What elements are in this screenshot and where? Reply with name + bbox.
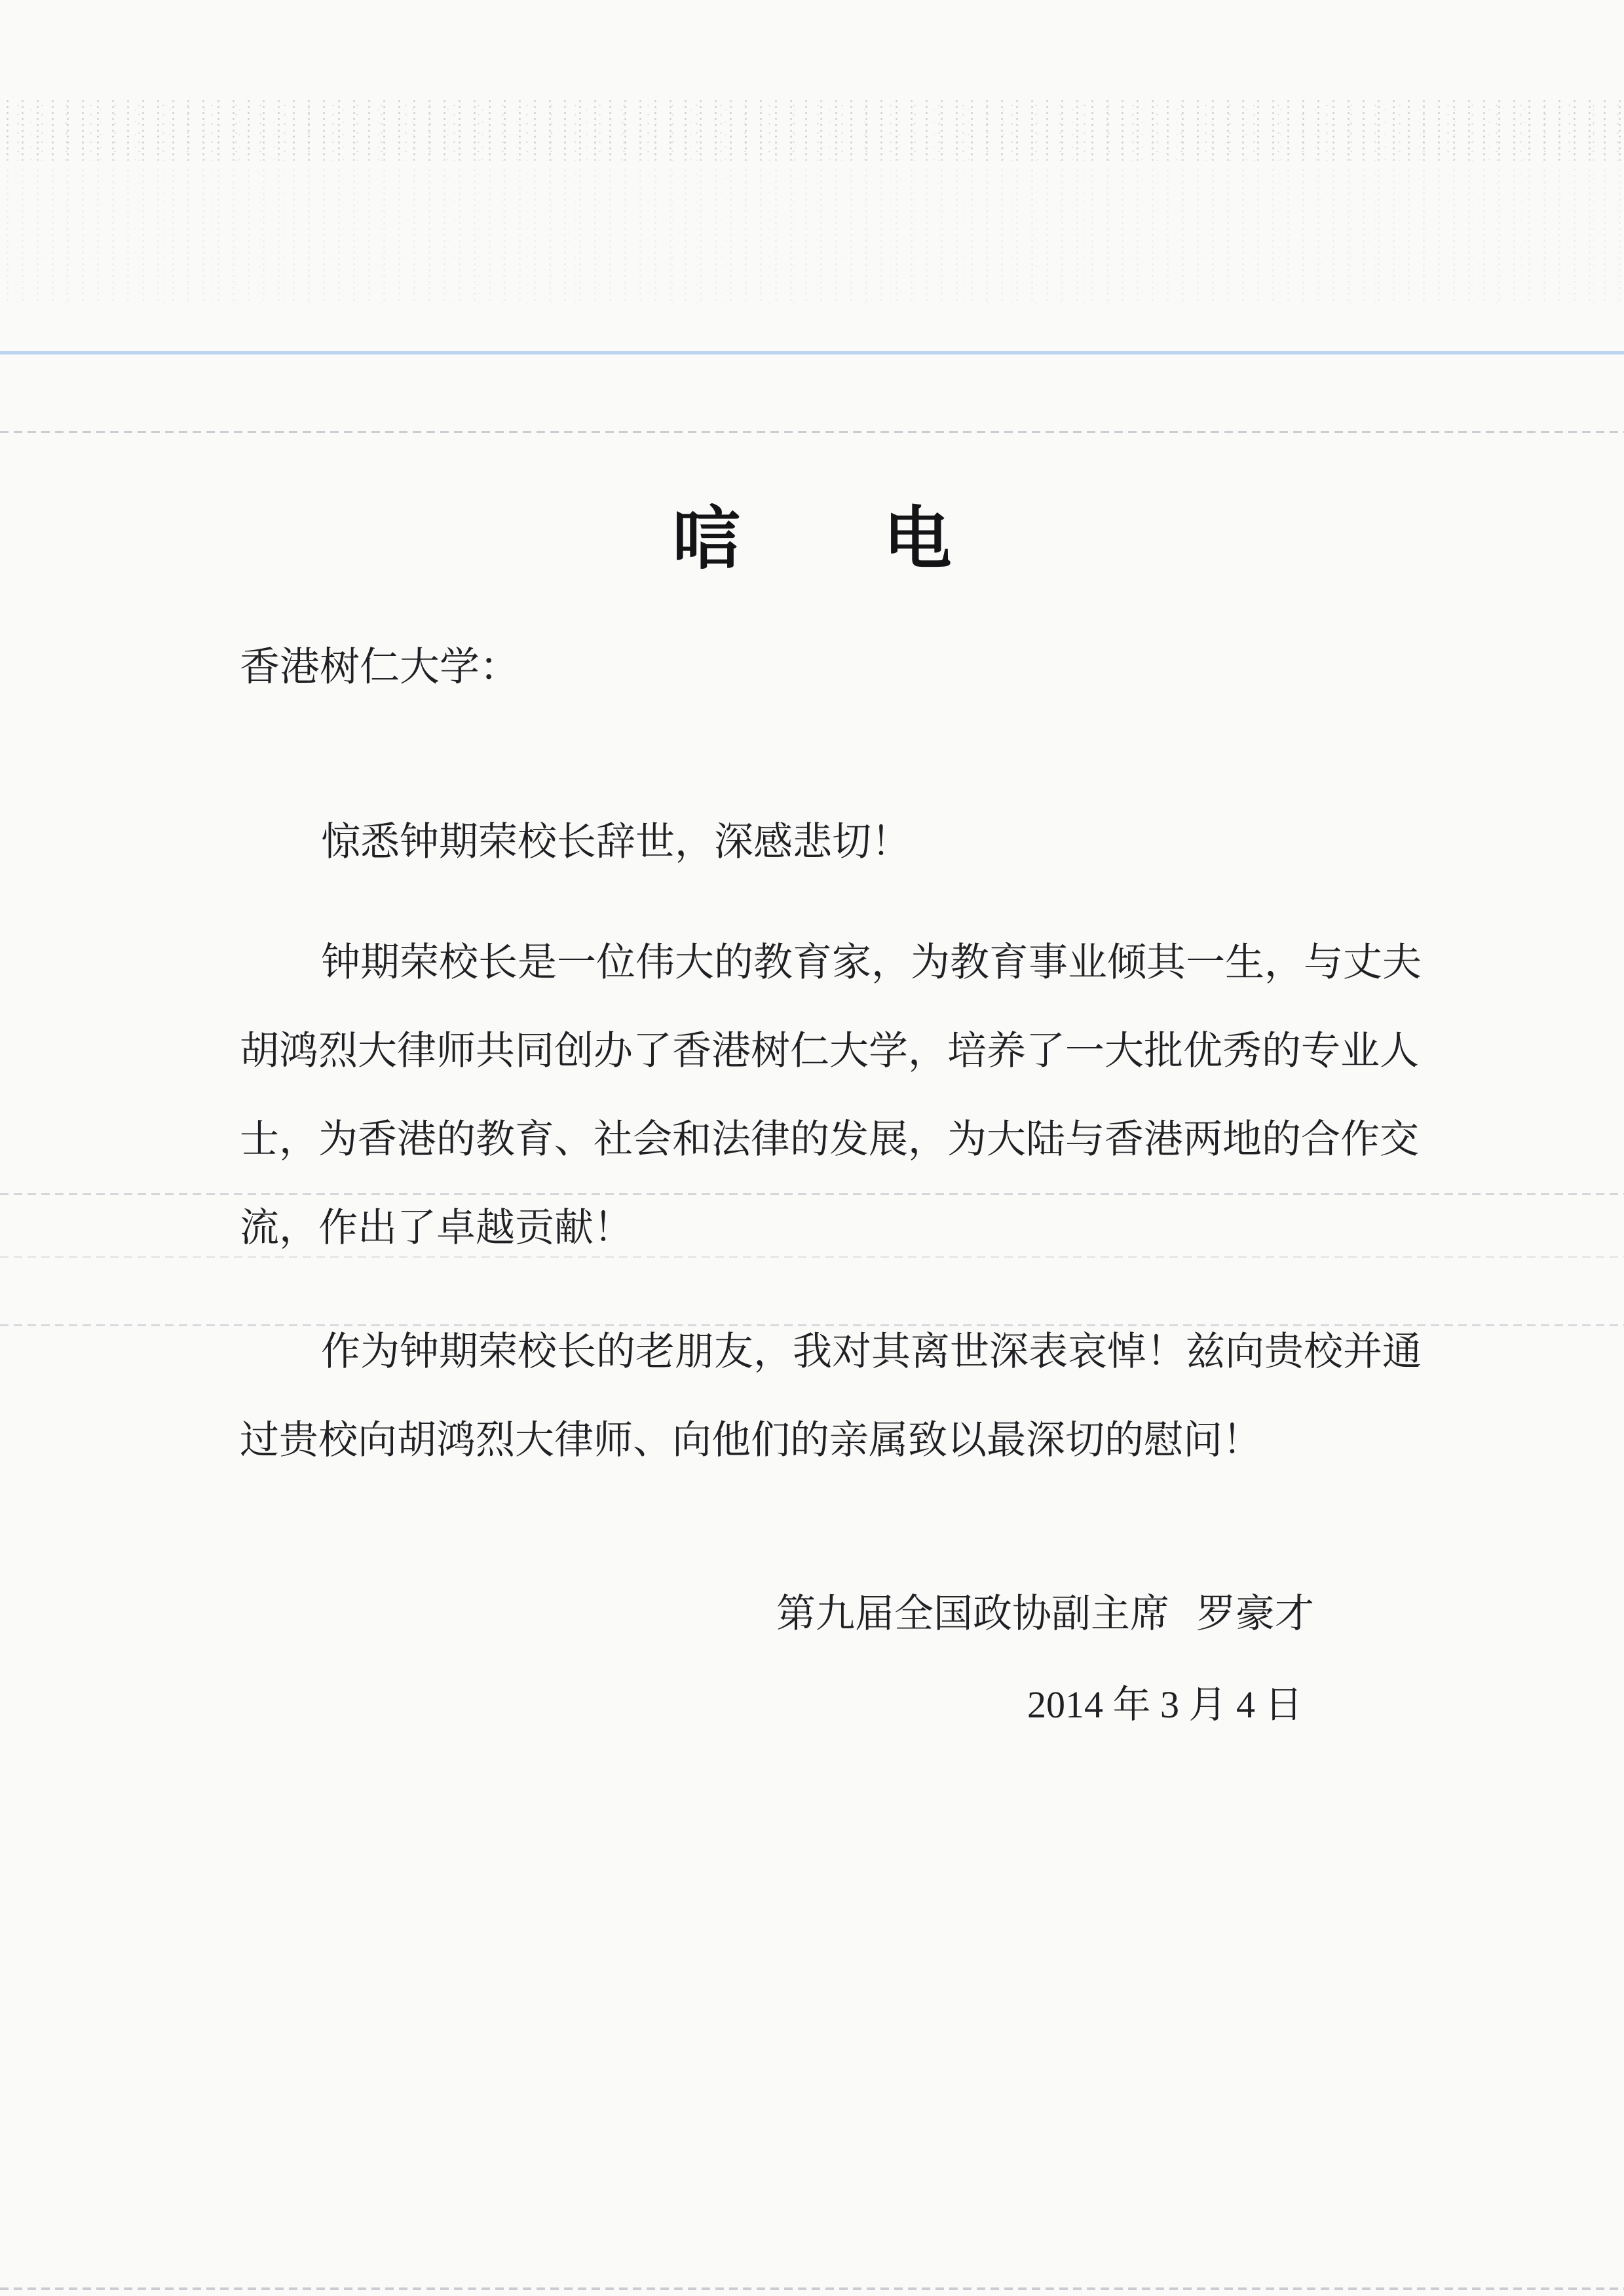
paragraph-line: 士，为香港的教育、社会和法律的发展，为大陆与香港两地的合作交	[240, 1096, 1432, 1184]
paragraph-line: 过贵校向胡鸿烈大律师、向他们的亲属致以最深切的慰问！	[240, 1396, 1432, 1485]
scan-artifact-dotted-line	[0, 431, 1624, 433]
paragraph-line: 钟期荣校长是一位伟大的教育家，为教育事业倾其一生，与丈夫	[240, 919, 1432, 1007]
salutation: 香港树仁大学：	[240, 645, 519, 691]
title-char-2: 电	[884, 502, 952, 577]
scan-artifact-bottom-edge-line	[0, 2287, 1624, 2290]
title-char-1: 唁	[672, 502, 740, 577]
scanned-letter-page: 唁电 香港树仁大学： 惊悉钟期荣校长辞世，深感悲切！ 钟期荣校长是一位伟大的教育…	[0, 0, 1624, 2296]
paragraph-line: 惊悉钟期荣校长辞世，深感悲切！	[240, 798, 1432, 887]
paragraph-line: 作为钟期荣校长的老朋友，我对其离世深表哀悼！兹向贵校并通	[240, 1308, 1432, 1396]
signature-line: 第九届全国政协副主席 罗豪才	[776, 1591, 1314, 1637]
paragraph-2: 钟期荣校长是一位伟大的教育家，为教育事业倾其一生，与丈夫 胡鸿烈大律师共同创办了…	[240, 919, 1432, 1272]
paragraph-1: 惊悉钟期荣校长辞世，深感悲切！	[240, 798, 1432, 887]
paragraph-line: 流，作出了卓越贡献！	[240, 1184, 1432, 1272]
paragraph-3: 作为钟期荣校长的老朋友，我对其离世深表哀悼！兹向贵校并通 过贵校向胡鸿烈大律师、…	[240, 1308, 1432, 1485]
paragraph-line: 胡鸿烈大律师共同创办了香港树仁大学，培养了一大批优秀的专业人	[240, 1007, 1432, 1096]
scan-noise-band-faint	[0, 167, 1624, 305]
letter-title: 唁电	[0, 501, 1624, 579]
scan-noise-band	[0, 98, 1624, 161]
scan-artifact-blue-line	[0, 351, 1624, 354]
date-line: 2014 年 3 月 4 日	[1027, 1683, 1303, 1727]
